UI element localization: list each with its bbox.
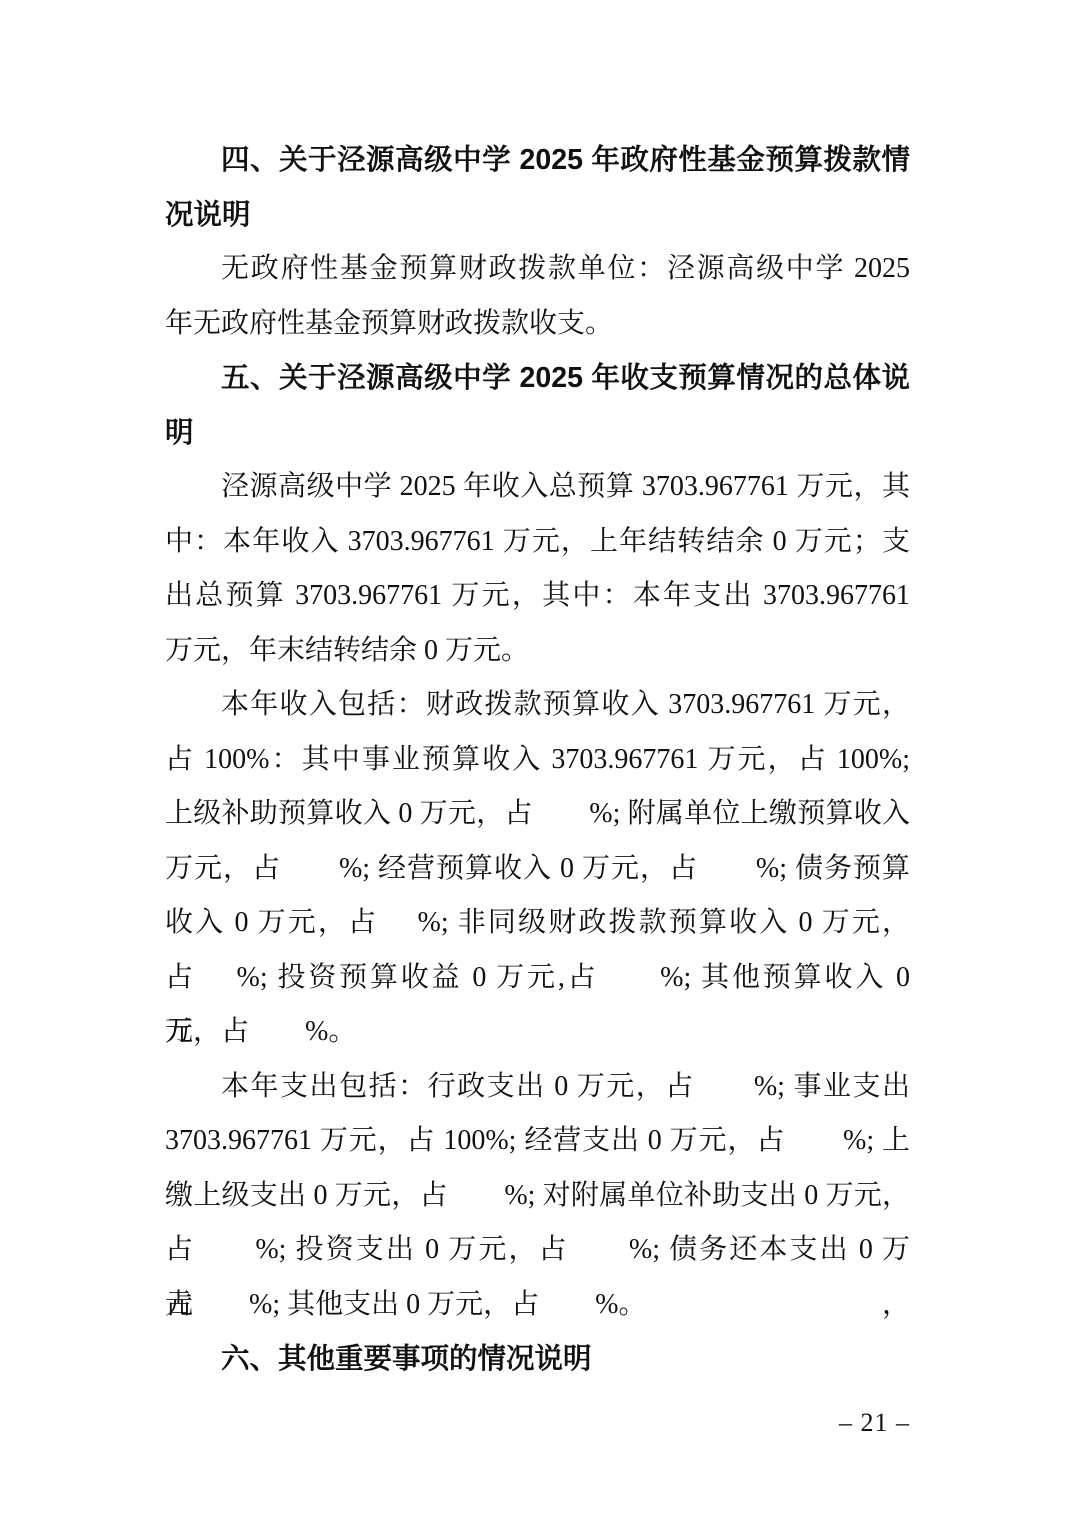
text-line: 年无政府性基金预算财政拨款收支。	[165, 297, 910, 352]
text-line: 况说明	[165, 188, 910, 243]
paragraph-body: 泾源高级中学 2025 年收入总预算 3703.967761 万元，其中：本年收…	[165, 460, 910, 678]
paragraph-heading: 六、其他重要事项的情况说明	[165, 1332, 910, 1387]
text-line: 万元，占 %; 经营预算收入 0 万元，占 %; 债务预算	[165, 842, 910, 897]
text-line: 收入 0 万元，占 %; 非同级财政拨款预算收入 0 万元，	[165, 896, 910, 951]
text-line: 中：本年收入 3703.967761 万元，上年结转结余 0 万元；支	[165, 515, 910, 570]
paragraph-heading: 四、关于泾源高级中学 2025 年政府性基金预算拨款情况说明	[165, 133, 910, 242]
document-content: 四、关于泾源高级中学 2025 年政府性基金预算拨款情况说明无政府性基金预算财政…	[165, 133, 910, 1387]
text-line: 占 100%：其中事业预算收入 3703.967761 万元，占 100%;	[165, 733, 910, 788]
text-line: 六、其他重要事项的情况说明	[165, 1332, 910, 1387]
paragraph-body: 无政府性基金预算财政拨款单位：泾源高级中学 2025年无政府性基金预算财政拨款收…	[165, 242, 910, 351]
text-line: 本年收入包括：财政拨款预算收入 3703.967761 万元，	[165, 678, 910, 733]
document-page: 四、关于泾源高级中学 2025 年政府性基金预算拨款情况说明无政府性基金预算财政…	[0, 0, 1074, 1520]
text-line: 3703.967761 万元，占 100%; 经营支出 0 万元，占 %; 上	[165, 1114, 910, 1169]
text-line: 明	[165, 406, 910, 461]
text-line: 上级补助预算收入 0 万元，占 %; 附属单位上缴预算收入	[165, 787, 910, 842]
text-line: 本年支出包括：行政支出 0 万元，占 %; 事业支出	[165, 1060, 910, 1115]
text-line: 无政府性基金预算财政拨款单位：泾源高级中学 2025	[165, 242, 910, 297]
text-line: 五、关于泾源高级中学 2025 年收支预算情况的总体说	[165, 351, 910, 406]
text-line: 缴上级支出 0 万元，占 %; 对附属单位补助支出 0 万元，	[165, 1169, 910, 1224]
page-number: – 21 –	[839, 1408, 910, 1438]
text-line: 万元，年末结转结余 0 万元。	[165, 624, 910, 679]
text-line: 出总预算 3703.967761 万元，其中：本年支出 3703.967761	[165, 569, 910, 624]
paragraph-body: 本年支出包括：行政支出 0 万元，占 %; 事业支出3703.967761 万元…	[165, 1060, 910, 1333]
text-line: 占 %; 投资预算收益 0 万元,占 %; 其他预算收入 0 万	[165, 951, 910, 1006]
paragraph-body: 本年收入包括：财政拨款预算收入 3703.967761 万元，占 100%：其中…	[165, 678, 910, 1060]
text-line: 泾源高级中学 2025 年收入总预算 3703.967761 万元，其	[165, 460, 910, 515]
text-line: 占 %; 投资支出 0 万元，占 %; 债务还本支出 0 万元，	[165, 1223, 910, 1278]
text-line: 元，占 %。	[165, 1005, 910, 1060]
paragraph-heading: 五、关于泾源高级中学 2025 年收支预算情况的总体说明	[165, 351, 910, 460]
text-line: 四、关于泾源高级中学 2025 年政府性基金预算拨款情	[165, 133, 910, 188]
